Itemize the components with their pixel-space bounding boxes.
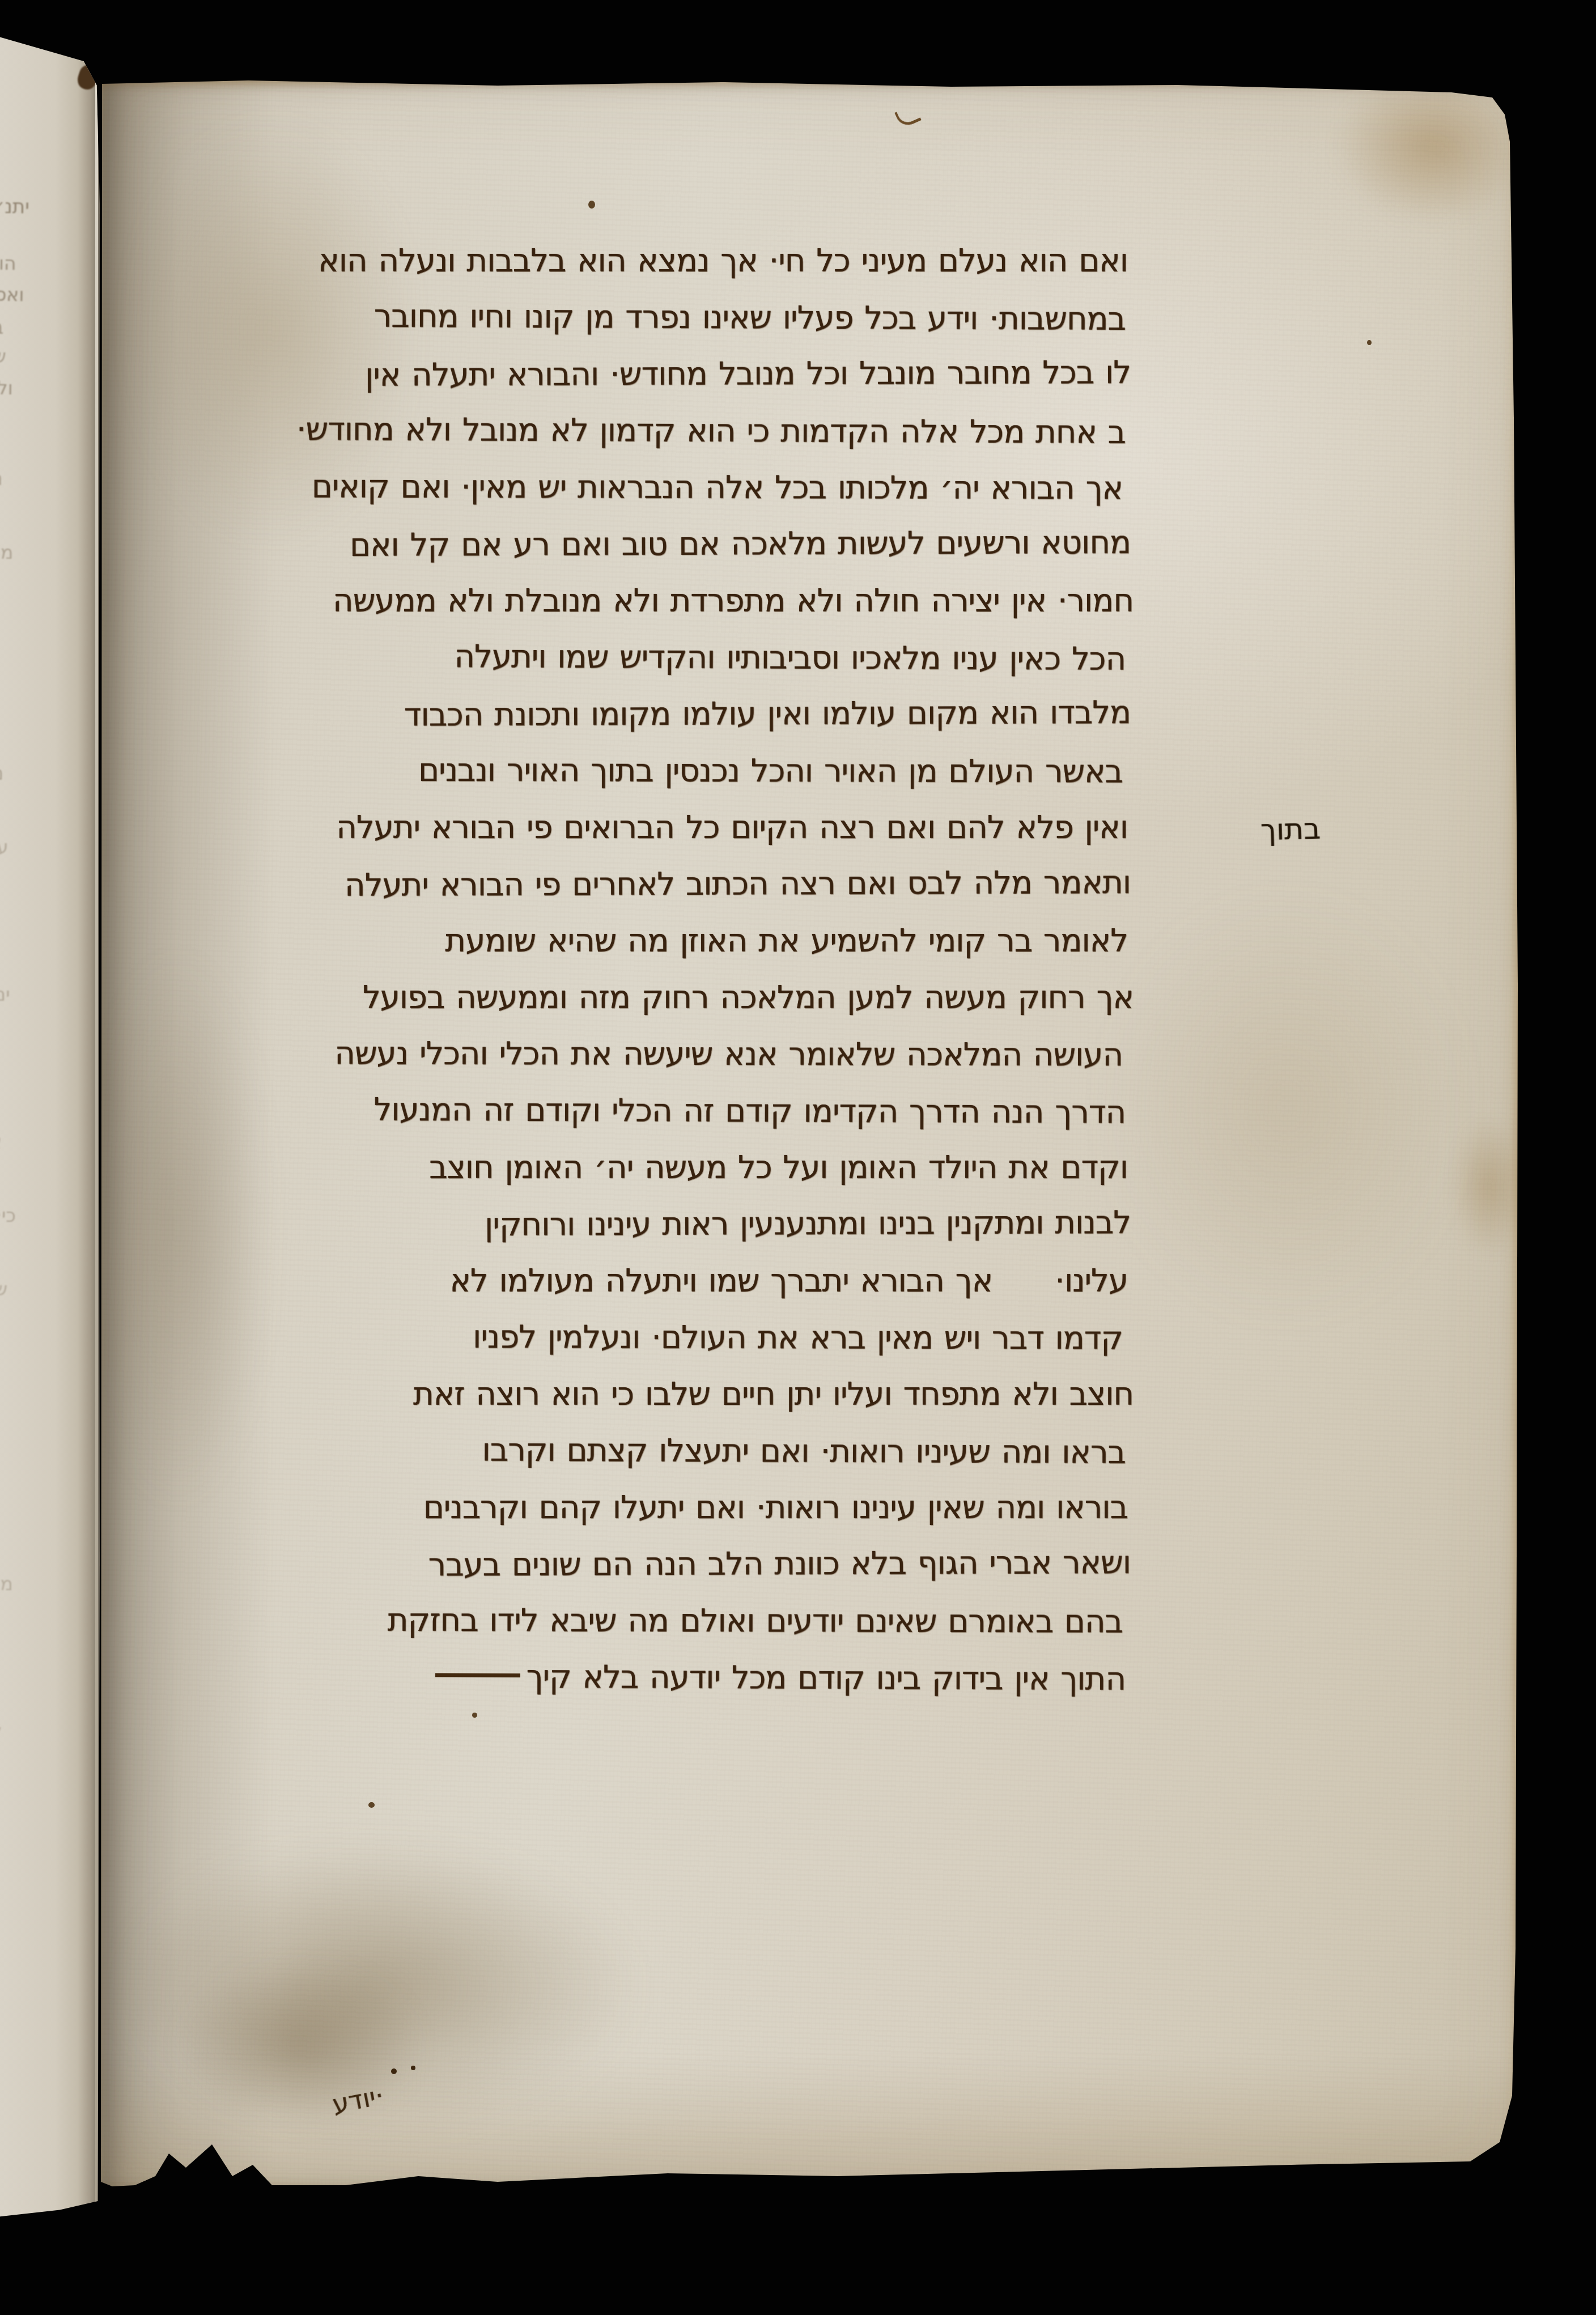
bleed-text-fragment: נפשו: [0, 762, 54, 785]
bleed-text-fragment: ואס·על: [0, 283, 54, 306]
ink-speck: [1367, 340, 1372, 345]
text-line: חמור· אין יצירה חולה ולא מתפרדת ולא מנוב…: [241, 573, 1134, 630]
text-line: אך רחוק מעשה למען המלאכה רחוק מזה וממעשה…: [241, 970, 1134, 1026]
bleed-text-fragment: ולא·מ: [0, 376, 54, 400]
text-block: ואם הוא נעלם מעיני כל חי· אך נמצא הוא בל…: [235, 233, 1128, 1706]
bleed-text-fragment: בולך: [0, 316, 54, 339]
bleed-text-fragment: עת·ם: [0, 835, 54, 859]
text-line: לבנות ומתקנין בנינו ומתנענעין ראות עינינ…: [238, 1195, 1131, 1254]
text-line: התוך אין בידוק בינו קודם מכל יודעה בלא ק…: [233, 1648, 1126, 1708]
bleed-text-fragment: נבל: [0, 1498, 54, 1522]
bleed-text-fragment: הולךה: [0, 252, 54, 275]
text-line: חוצב ולא מתפחד ועליו יתן חיים שלבו כי הו…: [241, 1366, 1134, 1423]
water-stain: [124, 1926, 475, 2164]
bleed-text-fragment: ים·לב: [0, 983, 54, 1006]
bleed-text-fragment: מעשיו: [0, 1572, 54, 1595]
bleed-text-fragment: יוסמ: [0, 406, 54, 430]
text-line: ואם הוא נעלם מעיני כל חי· אך נמצא הוא בל…: [235, 233, 1128, 290]
margin-gloss: בתוך: [1260, 812, 1321, 848]
ink-speck: [588, 201, 595, 209]
text-line: העושה המלאכה שלאומר אנא שיעשה את הכלי וה…: [230, 1025, 1123, 1084]
bleed-text-fragment: שלום: [0, 1277, 54, 1301]
manuscript-photo: יתנ׳אוסהולךהואס·עלבולךשבזבולא·מיוסמבינהנ…: [0, 0, 1596, 2315]
bleed-text-fragment: קמו: [0, 909, 54, 932]
text-line: הכל כאין עניו מלאכיו וסביבותיו והקדיש שמ…: [233, 628, 1126, 688]
bleed-text-fragment: עדיו: [0, 1425, 54, 1448]
text-line: לו בכל מחובר מונבל וכל מנובל מחודש· והבו…: [238, 345, 1131, 404]
corner-browning: [1302, 44, 1563, 248]
text-line: בראו ומה שעיניו רואות· ואם יתעצלו קצתם ו…: [233, 1421, 1126, 1481]
text-line: מלבדו הוא מקום עולמו ואין עולמו מקומו ות…: [238, 685, 1131, 744]
text-line: קדמו דבר ויש מאין ברא את העולם· ונעלמין …: [230, 1309, 1123, 1367]
bleed-text-fragment: בינה: [0, 437, 54, 460]
ink-speck: [368, 1802, 375, 1808]
final-flourish-stroke: [435, 1673, 520, 1678]
water-stain: [22, 1790, 730, 2186]
text-line: אך הבורא יה׳ מלכותו בכל אלה הנבראות יש מ…: [230, 458, 1123, 517]
bleed-text-fragment: ובין: [0, 1646, 54, 1669]
text-line: ותאמר מלה לבס ואם רצה הכתוב לאחרים פי הב…: [238, 855, 1131, 914]
ink-speck: [472, 1713, 477, 1718]
bleed-text-fragment: סוף: [0, 1793, 54, 1816]
binding-spot: [75, 63, 100, 92]
text-line: הדרך הנה הדרך הקדימו קודם זה הכלי וקודם …: [233, 1081, 1126, 1141]
edge-stain: [1438, 1093, 1540, 1280]
manuscript-page: ואם הוא נעלם מעיני כל חי· אך נמצא הוא בל…: [101, 78, 1521, 2193]
text-line: וקדם את היולד האומן ועל כל מעשה יה׳ האומ…: [235, 1140, 1128, 1196]
previous-page-edge: יתנ׳אוסהולךהואס·עלבולךשבזבולא·מיוסמבינהנ…: [0, 28, 100, 2219]
text-line: ואין פלא להם ואם רצה הקיום כל הברואים פי…: [235, 800, 1128, 856]
text-line: בהם באומרם שאינם יודעים ואולם מה שיבא לי…: [230, 1592, 1123, 1650]
text-line: בוראו ומה שאין עינינו רואות· ואם יתעלו ק…: [235, 1480, 1128, 1536]
text-line: עלינו· אך הבורא יתברך שמו ויתעלה מעולמו …: [235, 1253, 1128, 1310]
bleed-text-fragment: אמר: [0, 1130, 54, 1153]
bleed-text-fragment: וזה: [0, 1056, 54, 1080]
bleed-text-fragment: מעלה: [0, 541, 54, 564]
bleed-text-fragment: נבשו: [0, 467, 54, 490]
text-line: לאומר בר קומי להשמיע את האוזן מה שהיא שו…: [235, 913, 1128, 970]
text-line: באשר העולם מן האויר והכל נכנסין בתוך האו…: [230, 742, 1123, 800]
bleed-text-fragment: יתנ׳אוס: [0, 195, 54, 219]
text-line: ב אחת מכל אלה הקדמות כי הוא קדמון לא מנו…: [233, 401, 1126, 461]
bleed-text-fragment: לקח: [0, 1719, 54, 1743]
stain: [101, 2056, 1521, 2198]
text-line: ושאר אברי הגוף בלא כוונת הלב הנה הם שוני…: [238, 1535, 1131, 1594]
text-line: במחשבות· וידע בכל פעליו שאינו נפרד מן קו…: [233, 288, 1126, 348]
bleed-text-fragment: קיים: [0, 614, 54, 638]
catchword-dots: [391, 2068, 397, 2074]
bleed-text-fragment: ברא: [0, 1351, 54, 1374]
bleed-text-fragment: שבזב: [0, 345, 54, 368]
stray-pen-mark: [894, 104, 921, 129]
bleed-text-fragment: וכל: [0, 688, 54, 711]
catchword: ·יודע: [330, 2080, 387, 2119]
text-line: מחוטא ורשעים לעשות מלאכה אם טוב ואם רע א…: [238, 515, 1131, 574]
bleed-text-fragment: כי·הוא: [0, 1204, 54, 1227]
